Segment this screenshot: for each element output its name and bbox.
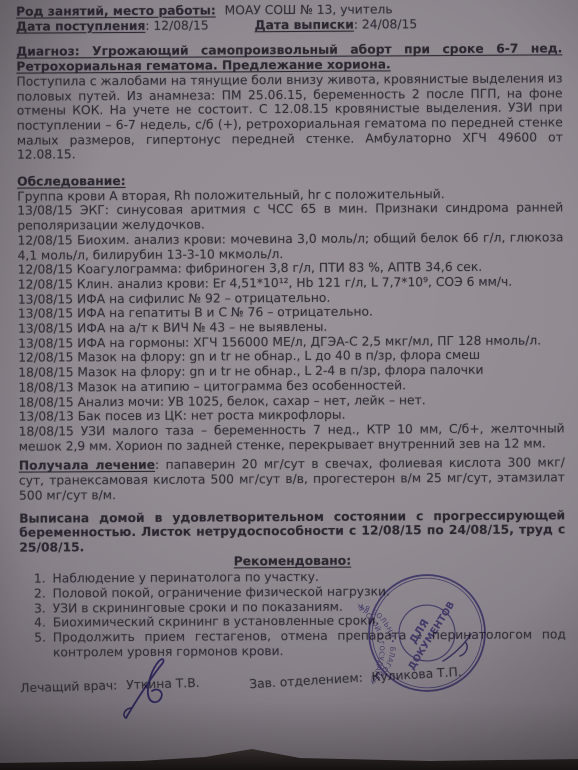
attending-doctor-signature — [104, 646, 176, 724]
recommendations-heading-row: Рекомендовано: — [19, 552, 565, 570]
photo-bottom-edge — [0, 732, 578, 770]
admission-date-value: : 12/08/15 — [145, 18, 208, 32]
head-of-department-label: Зав. отделением: — [249, 670, 363, 691]
treatment-label: Получала лечение — [19, 458, 155, 473]
admission-date-label: Дата поступления — [16, 19, 145, 34]
occupation-label: Род занятий, место работы: — [16, 3, 216, 18]
head-of-department-signature — [436, 629, 482, 675]
exam-line: 12/08/15 Биохим. анализ крови: мочевина … — [17, 230, 563, 263]
attending-doctor-label: Лечащий врач: — [20, 678, 117, 695]
occupation-value: МОАУ СОШ № 13, учитель — [225, 2, 393, 17]
dates-line: Дата поступления: 12/08/15Дата выписки: … — [16, 16, 562, 34]
anamnesis-paragraph: Поступила с жалобами на тянущие боли вни… — [16, 71, 563, 163]
recommendations-heading: Рекомендовано: — [234, 553, 351, 568]
document-photo: Род занятий, место работы: МОАУ СОШ № 13… — [0, 0, 578, 770]
treatment-paragraph: Получала лечение: папаверин 20 мг/сут в … — [19, 456, 565, 503]
exam-line: 18/08/15 УЗИ малого таза – беременность … — [19, 421, 565, 454]
discharge-status-paragraph: Выписана домой в удовлетворительном сост… — [19, 508, 565, 555]
exam-line: 13/08/15 ЭКГ: синусовая аритмия с ЧСС 65… — [17, 201, 563, 234]
discharge-date-value: : 24/08/15 — [354, 17, 417, 31]
discharge-date-label: Дата выписки — [255, 17, 354, 32]
